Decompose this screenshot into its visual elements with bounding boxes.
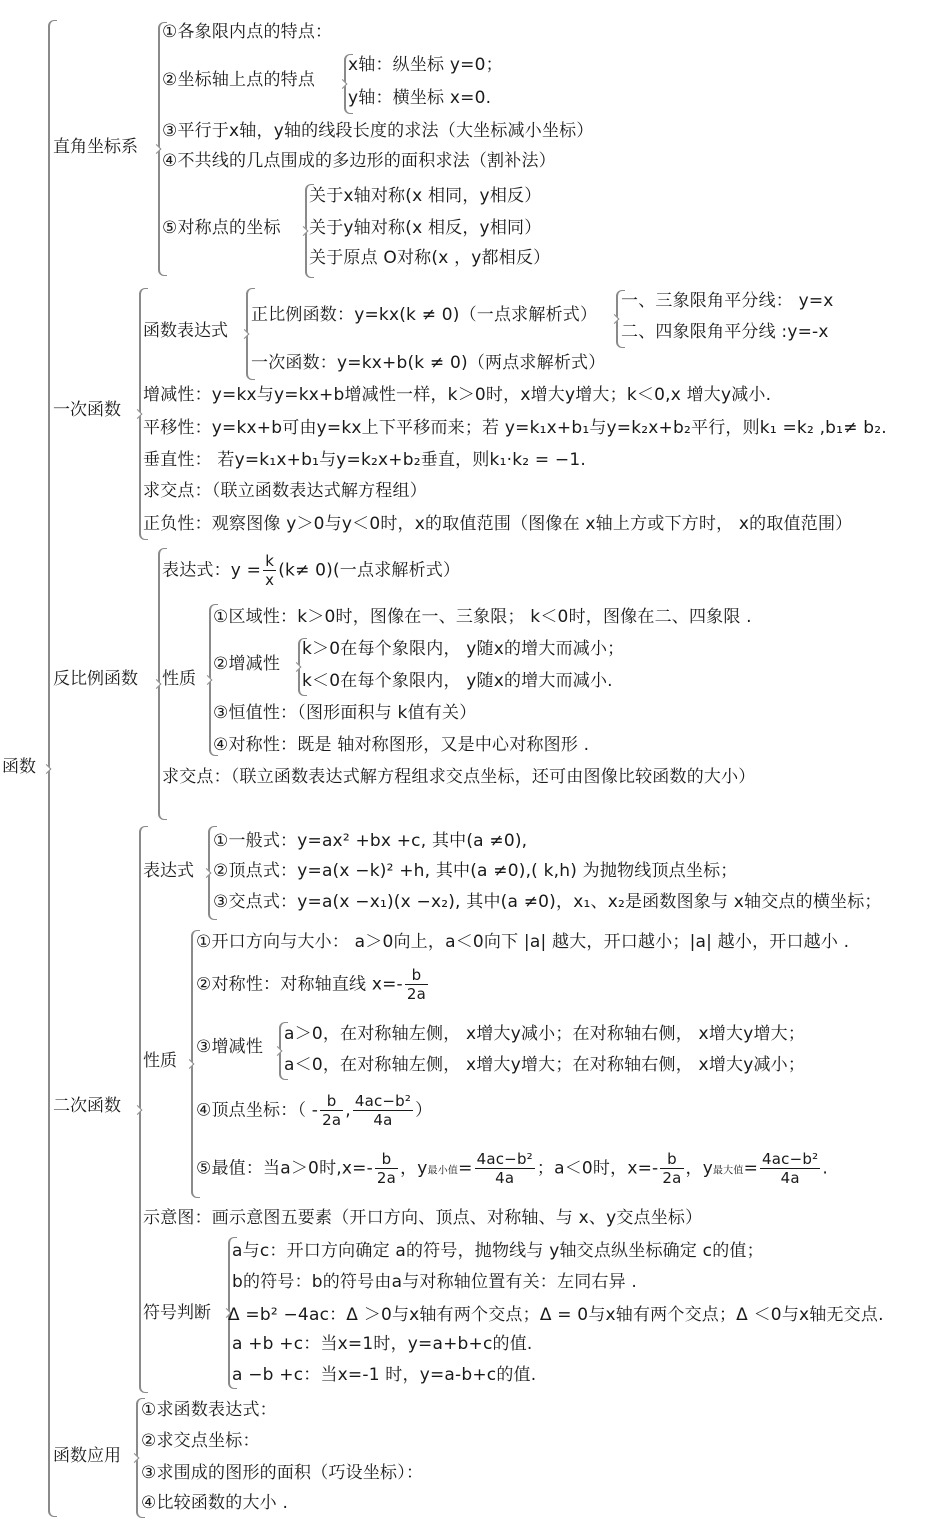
quadratic-mono-pos: a＞0，在对称轴左侧， x增大y减小；在对称轴右侧， x增大y增大； xyxy=(284,1023,805,1045)
coord-item-1: ①各象限内点的特点： xyxy=(162,21,332,43)
inverse-expr-suffix: (k≠ 0)(一点求解析式） xyxy=(278,561,460,581)
quadratic-sign-label: 符号判断 xyxy=(143,1302,211,1324)
coord-title: 直角坐标系 xyxy=(53,136,138,158)
symmetry-origin: 关于原点 O对称(x ，y都相反） xyxy=(309,247,550,269)
sign-a-c: a与c：开口方向确定 a的符号，抛物线与 y轴交点纵坐标确定 c的值； xyxy=(232,1240,764,1262)
linear-title: 一次函数 xyxy=(53,399,121,421)
fraction-b-2a: b2a xyxy=(320,1092,343,1129)
fraction-b-2a: b2a xyxy=(405,966,428,1003)
inverse-fraction: kx xyxy=(263,552,276,589)
bisector-24: 二、四象限角平分线 :y=-x xyxy=(621,321,829,343)
quadratic-sketch: 示意图：画示意图五要素（开口方向、顶点、对称轴、与 x、y交点坐标） xyxy=(143,1207,702,1229)
sign-apbpc: a +b +c：当x=1时，y=a+b+c的值. xyxy=(232,1333,533,1355)
quadratic-vertex: ②顶点式：y=a(x −k)² +h, 其中(a ≠0),( k,h) 为抛物线… xyxy=(213,860,737,882)
inverse-props-label: 性质 xyxy=(162,668,196,690)
sign-delta: Δ =b² −4ac：Δ ＞0与x轴有两个交点；Δ = 0与x轴有两个交点；Δ … xyxy=(228,1304,884,1326)
quadratic-expr-label: 表达式 xyxy=(143,860,194,882)
quadratic-extremum: ⑤最值：当a＞0时,x=-b2a，y最小值=4ac−b²4a；a＜0时，x=-b… xyxy=(196,1150,828,1187)
fraction-4ac-b2-4a: 4ac−b²4a xyxy=(353,1092,413,1129)
apply-item-4: ④比较函数的大小 . xyxy=(141,1492,288,1514)
linear-sign: 正负性：观察图像 y＞0与y＜0时，x的取值范围（图像在 x轴上方或下方时， x… xyxy=(143,513,852,535)
coord-item-4: ④不共线的几点围成的多边形的面积求法（割补法） xyxy=(162,150,556,172)
linear-expr-label: 函数表达式 xyxy=(143,320,228,342)
linear-monotonic: 增减性：y=kx与y=kx+b增减性一样，k＞0时，x增大y增大；k＜0,x 增… xyxy=(143,384,771,406)
inverse-expr: 表达式：y =kx(k≠ 0)(一点求解析式） xyxy=(162,552,460,589)
quadratic-intercept: ③交点式：y=a(x −x₁)(x −x₂), 其中(a ≠0)，x₁、x₂是函… xyxy=(213,891,882,913)
coord-item-2: ②坐标轴上点的特点 xyxy=(162,69,315,91)
quadratic-monotonic-label: ③增减性 xyxy=(196,1036,263,1058)
inverse-mono-neg: k＜0在每个象限内， y随x的增大而减小. xyxy=(302,670,613,692)
root-bracket xyxy=(48,20,57,1517)
coord-item-5: ⑤对称点的坐标 xyxy=(162,217,281,239)
apply-item-1: ①求函数表达式： xyxy=(141,1399,277,1421)
inverse-prop-symmetry: ④对称性：既是 轴对称图形，又是中心对称图形 . xyxy=(213,734,589,756)
inverse-expr-prefix: 表达式：y = xyxy=(162,561,261,581)
linear-general: 一次函数：y=kx+b(k ≠ 0)（两点求解析式） xyxy=(251,352,605,374)
inverse-prop-constant: ③恒值性：（图形面积与 k值有关） xyxy=(213,702,476,724)
linear-proportional: 正比例函数：y=kx(k ≠ 0)（一点求解析式） xyxy=(251,304,597,326)
root-label: 函数 xyxy=(2,756,36,778)
apply-item-3: ③求围成的图形的面积（巧设坐标）： xyxy=(141,1462,423,1484)
quadratic-general: ①一般式：y=ax² +bx +c, 其中(a ≠0), xyxy=(213,830,527,852)
linear-intersect: 求交点：（联立函数表达式解方程组） xyxy=(143,480,427,502)
linear-translation: 平移性：y=kx+b可由y=kx上下平移而来；若 y=k₁x+b₁与y=k₂x+… xyxy=(143,417,887,439)
quadratic-mono-neg: a＜0，在对称轴左侧， x增大y增大；在对称轴右侧， x增大y减小； xyxy=(284,1054,805,1076)
quadratic-axis: ②对称性：对称轴直线 x=-b2a xyxy=(196,966,430,1003)
quadratic-title: 二次函数 xyxy=(53,1095,121,1117)
inverse-mono-pos: k＞0在每个象限内， y随x的增大而减小； xyxy=(302,638,624,660)
inverse-prop-region: ①区域性：k＞0时，图像在一、三象限； k＜0时，图像在二、四象限 . xyxy=(213,606,752,628)
sign-b: b的符号：b的符号由a与对称轴位置有关：左同右异 . xyxy=(232,1271,637,1293)
quadratic-props-label: 性质 xyxy=(143,1050,177,1072)
apply-title: 函数应用 xyxy=(53,1445,121,1467)
linear-perpendicular: 垂直性： 若y=k₁x+b₁与y=k₂x+b₂垂直，则k₁·k₂ = −1. xyxy=(143,449,586,471)
axis-x: x轴：纵坐标 y=0； xyxy=(348,54,503,76)
symmetry-x: 关于x轴对称(x 相同，y相反） xyxy=(309,185,541,207)
quadratic-vertex-coord: ④顶点坐标：（ -b2a,4ac−b²4a） xyxy=(196,1092,432,1129)
inverse-prop-monotonic: ②增减性 xyxy=(213,653,280,675)
quadratic-opening: ①开口方向与大小： a＞0向上，a＜0向下 |a| 越大，开口越小；|a| 越小… xyxy=(196,931,849,953)
inverse-intersect: 求交点：（联立函数表达式解方程组求交点坐标，还可由图像比较函数的大小） xyxy=(162,766,756,788)
apply-item-2: ②求交点坐标： xyxy=(141,1430,260,1452)
inverse-title: 反比例函数 xyxy=(53,668,138,690)
symmetry-y: 关于y轴对称(x 相反，y相同） xyxy=(309,217,541,239)
coord-item-3: ③平行于x轴，y轴的线段长度的求法（大坐标减小坐标） xyxy=(162,120,594,142)
bisector-13: 一、三象限角平分线： y=x xyxy=(621,290,834,312)
sign-ambpc: a −b +c：当x=-1 时，y=a-b+c的值. xyxy=(232,1364,536,1386)
axis-y: y轴：横坐标 x=0. xyxy=(348,87,491,109)
